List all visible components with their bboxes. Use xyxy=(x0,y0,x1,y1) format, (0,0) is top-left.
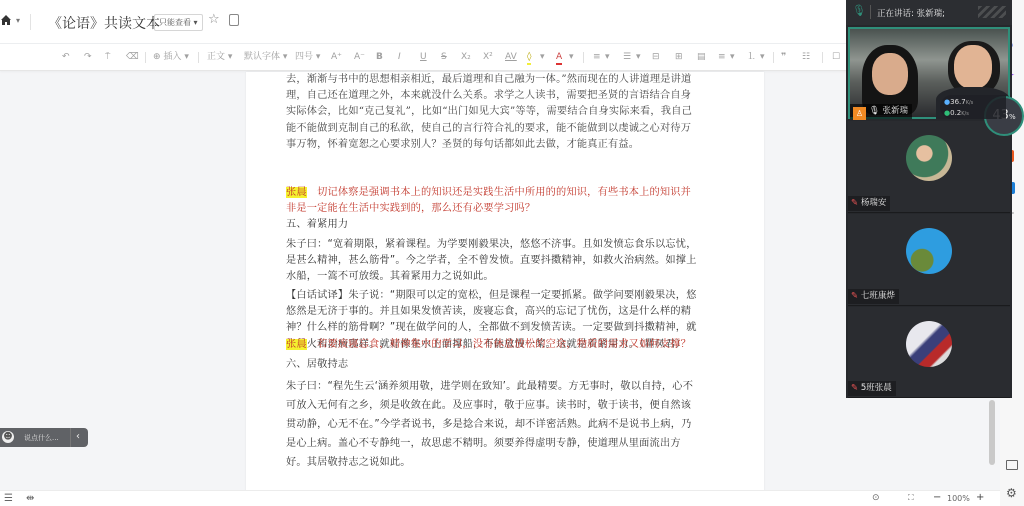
chevron-down-icon[interactable]: ▾ xyxy=(540,51,545,63)
chevron-down-icon: ▾ xyxy=(194,18,198,27)
divider xyxy=(822,52,823,63)
italic-icon[interactable]: I xyxy=(398,51,401,63)
home-icon[interactable] xyxy=(0,14,12,30)
meeting-header: 🎙 正在讲话: 张新瑞; xyxy=(846,0,1012,25)
avatar xyxy=(906,135,952,181)
size-label: 四号 xyxy=(295,52,313,62)
comment-block: 张晨 若要废寝忘食，精神集中的学习，没有休息放松的空余，物质的需求又如何支撑？ xyxy=(286,337,700,353)
settings-icon[interactable]: ⚙ xyxy=(1006,486,1017,500)
mic-muted-icon: ✎ xyxy=(851,291,858,301)
document-title: 《论语》共读文本 xyxy=(48,13,160,33)
indent-icon[interactable]: ⊟ xyxy=(652,51,660,63)
network-stats: ●36.7K/s ●0.2K/s xyxy=(940,95,1006,119)
paragraph-style-dropdown[interactable]: 正文 ▾ xyxy=(207,51,232,63)
speaking-indicator: 正在讲话: 张新瑞; xyxy=(877,7,945,19)
section-heading: 六、居敬持志 xyxy=(286,357,700,373)
table-icon[interactable]: ▤ xyxy=(697,51,706,63)
participant-name: 张新瑞 xyxy=(883,106,909,116)
mic-muted-icon: ✎ xyxy=(851,383,858,393)
participant-tile[interactable]: ✎ 七班康烨 xyxy=(848,214,1010,306)
code-block-icon[interactable]: ☷ xyxy=(802,51,810,63)
avatar xyxy=(906,321,952,367)
decrease-font-icon[interactable]: A⁻ xyxy=(354,51,365,63)
view-mode-dropdown[interactable]: 只能查看 ▾ xyxy=(154,14,203,31)
fullscreen-icon[interactable]: ⛶ xyxy=(908,493,914,503)
mic-muted-icon: ✎ xyxy=(851,198,858,208)
chevron-down-icon[interactable]: ▾ xyxy=(760,51,765,63)
comment-input-pill[interactable]: ☻ 说点什么... ‹ xyxy=(0,428,88,447)
format-toolbar: ↶ ↷ ⍑ ⌫ ⊕ 插入 ▾ 正文 ▾ 默认字体 ▾ 四号 ▾ A⁺ A⁻ B … xyxy=(0,44,850,71)
divider xyxy=(30,14,31,30)
comment-icon[interactable]: ☐ xyxy=(832,51,840,63)
participant-name-chip: ♙🎙 张新瑞 xyxy=(850,104,912,119)
divider xyxy=(70,428,71,447)
microphone-icon: 🎙 xyxy=(869,106,880,116)
font-color-icon[interactable]: A xyxy=(556,51,562,65)
zoom-out-button[interactable]: − xyxy=(933,492,941,503)
underline-icon[interactable]: U xyxy=(420,51,427,63)
participant-name-chip: ✎ 七班康烨 xyxy=(848,289,899,304)
panel-toggle-icon[interactable] xyxy=(1006,460,1018,470)
avatar xyxy=(906,228,952,274)
insert-label: 插入 xyxy=(163,52,181,62)
participant-name: 5班张晨 xyxy=(861,383,892,393)
upload-speed: ●36.7K/s xyxy=(944,98,973,106)
divider xyxy=(145,52,146,63)
status-bar: ☰ ⇹ ⊙ ⛶ − 100% + xyxy=(0,490,1000,506)
strikethrough-icon[interactable]: S xyxy=(441,51,447,63)
percent-unit: % xyxy=(1009,113,1016,121)
font-label: 默认字体 xyxy=(244,52,280,62)
zoom-level: 100% xyxy=(947,494,970,503)
chevron-down-icon[interactable]: ▾ xyxy=(636,51,641,63)
paragraph: 朱子曰：“宽着期限，紧着课程。为学要刚毅果决，悠悠不济事。且如发愤忘食乐以忘忧，… xyxy=(286,237,700,286)
font-family-dropdown[interactable]: 默认字体 ▾ xyxy=(244,51,287,63)
chevron-down-icon[interactable]: ▾ xyxy=(569,51,574,63)
undo-icon[interactable]: ↶ xyxy=(62,51,70,63)
section-heading: 五、着紧用力 xyxy=(286,217,700,233)
video-feed xyxy=(872,53,908,95)
paragraph: 去，渐渐与书中的思想相亲相近，最后道理和自己融为一体。”然而现在的人讲道理是讲道… xyxy=(286,72,700,153)
plus-circle-icon: ⊕ xyxy=(153,52,161,62)
chevron-down-icon[interactable]: ▾ xyxy=(605,51,610,63)
chevron-down-icon: ▾ xyxy=(283,52,288,62)
participant-tile[interactable]: ✎ 杨瑞安 xyxy=(848,121,1010,213)
participant-name: 杨瑞安 xyxy=(861,198,887,208)
superscript-icon[interactable]: X² xyxy=(483,51,493,63)
char-spacing-icon[interactable]: AV xyxy=(505,51,517,63)
participant-tile[interactable]: ✎ 5班张晨 xyxy=(848,307,1010,398)
align-icon[interactable]: ≡ xyxy=(593,51,601,63)
chevron-down-icon: ▾ xyxy=(316,52,321,62)
collapse-icon[interactable]: ‹ xyxy=(76,431,80,442)
divider xyxy=(870,5,871,19)
chevron-down-icon: ▾ xyxy=(228,52,233,62)
comment-author[interactable]: 张晨 xyxy=(286,187,307,198)
outline-icon[interactable]: ☰ xyxy=(4,493,13,504)
divider xyxy=(773,52,774,63)
participant-name-chip: ✎ 杨瑞安 xyxy=(848,196,890,211)
vertical-scrollbar[interactable] xyxy=(989,400,995,465)
page-width-icon[interactable]: ⇹ xyxy=(26,493,34,504)
style-label: 正文 xyxy=(207,52,225,62)
home-dropdown-caret[interactable]: ▾ xyxy=(16,16,20,25)
divider xyxy=(198,52,199,63)
quote-icon[interactable]: ❞ xyxy=(781,51,786,63)
video-feed xyxy=(954,45,992,89)
host-icon: ♙ xyxy=(853,107,866,120)
outdent-icon[interactable]: ⊞ xyxy=(675,51,683,63)
drag-handle-icon[interactable] xyxy=(978,6,1006,18)
comment-placeholder[interactable]: 说点什么... xyxy=(24,433,59,443)
chevron-down-icon: ▾ xyxy=(184,52,189,62)
play-icon[interactable]: ⊙ xyxy=(872,493,880,503)
emoji-icon[interactable]: ☻ xyxy=(2,431,14,443)
participant-name: 七班康烨 xyxy=(861,291,895,301)
star-icon[interactable]: ☆ xyxy=(208,12,220,27)
comment-text: 切记体察是强调书本上的知识还是实践生活中所用的的知识，有些书本上的知识并非是一定… xyxy=(286,187,691,214)
subscript-icon[interactable]: X₂ xyxy=(461,51,471,63)
bold-icon[interactable]: B xyxy=(376,51,383,63)
video-meeting-panel: 🎙 正在讲话: 张新瑞; ♙🎙 张新瑞 ●36.7K/s ●0.2K/s ✎ 杨… xyxy=(846,0,1012,398)
format-painter-icon[interactable]: ⍑ xyxy=(105,51,110,63)
microphone-icon: 🎙 xyxy=(852,4,866,17)
participant-name-chip: ✎ 5班张晨 xyxy=(848,381,896,396)
chevron-down-icon[interactable]: ▾ xyxy=(730,51,735,63)
note-icon[interactable] xyxy=(229,14,239,26)
divider xyxy=(583,52,584,63)
download-speed: ●0.2K/s xyxy=(944,109,969,117)
numbered-list-icon[interactable]: ⒈ xyxy=(747,51,756,63)
paragraph: 朱子曰：“程先生云‘涵养须用敬，进学则在致知’。此最精要。方无事时，敬以自持，心… xyxy=(286,377,700,472)
comment-author[interactable]: 张晨 xyxy=(286,339,307,350)
highlight-icon[interactable]: ◊ xyxy=(527,51,531,65)
line-spacing-icon[interactable]: ≡ xyxy=(718,51,726,63)
increase-font-icon[interactable]: A⁺ xyxy=(331,51,342,63)
view-mode-label: 只能查看 xyxy=(159,18,191,27)
clear-format-icon[interactable]: ⌫ xyxy=(126,51,139,63)
list-icon[interactable]: ☰ xyxy=(623,51,631,63)
document-page: 去，渐渐与书中的思想相亲相近，最后道理和自己融为一体。”然而现在的人讲道理是讲道… xyxy=(246,72,764,506)
insert-button[interactable]: ⊕ 插入 ▾ xyxy=(153,51,189,63)
font-size-dropdown[interactable]: 四号 ▾ xyxy=(295,51,320,63)
comment-block: 张晨 切记体察是强调书本上的知识还是实践生活中所用的的知识，有些书本上的知识并非… xyxy=(286,185,700,217)
redo-icon[interactable]: ↷ xyxy=(84,51,92,63)
zoom-in-button[interactable]: + xyxy=(976,492,984,503)
comment-text: 若要废寝忘食，精神集中的学习，没有休息放松的空余，物质的需求又如何支撑？ xyxy=(317,339,691,350)
video-tile-active-speaker[interactable]: ♙🎙 张新瑞 ●36.7K/s ●0.2K/s xyxy=(848,27,1010,119)
